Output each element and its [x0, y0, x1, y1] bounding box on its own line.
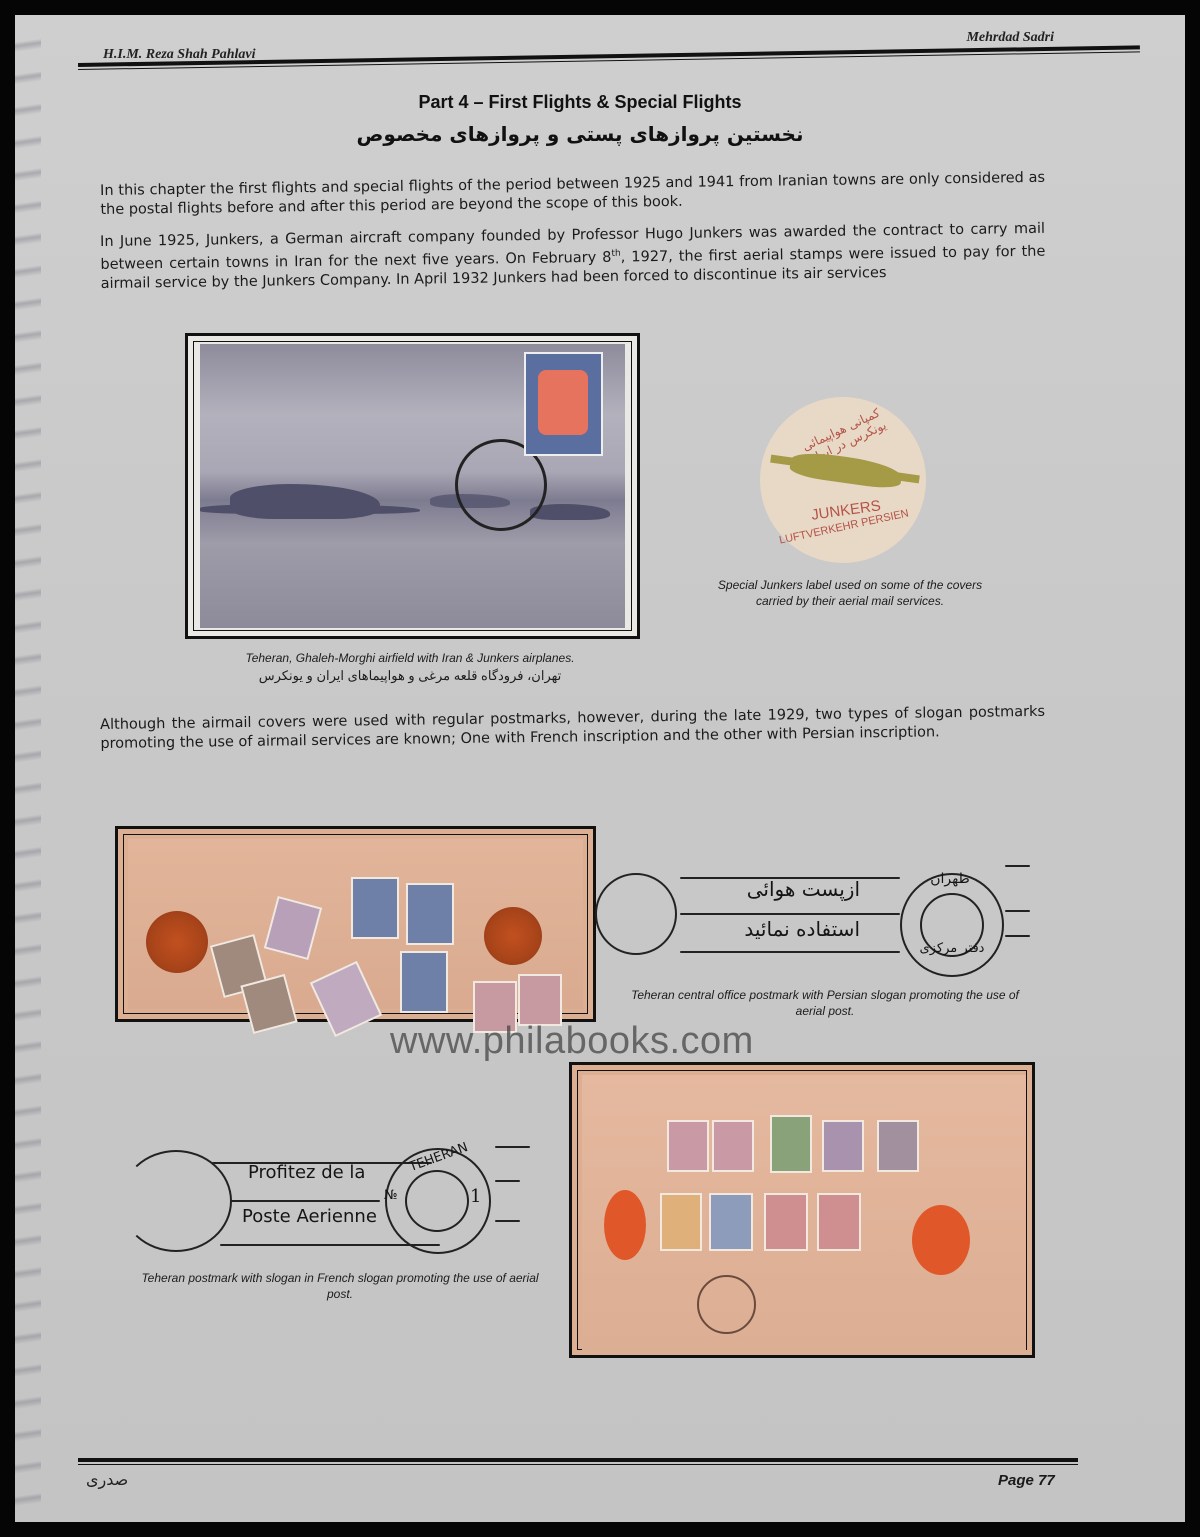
slogan-line — [495, 1180, 520, 1182]
slogan-line — [680, 913, 900, 915]
slogan-line — [495, 1220, 520, 1222]
stamp-image — [351, 877, 399, 939]
stamp-image — [822, 1120, 864, 1172]
slogan-line — [230, 1200, 380, 1202]
postmark-circle — [120, 1150, 232, 1252]
stamp-image — [709, 1193, 753, 1251]
postmark-number-prefix: № — [384, 1188, 398, 1203]
airfield-caption: Teheran, Ghaleh-Morghi airfield with Ira… — [190, 650, 630, 666]
stamp-image — [524, 352, 603, 456]
postmark-circle — [595, 873, 677, 955]
wax-seal — [146, 911, 208, 973]
slogan-line — [220, 1244, 440, 1246]
stamp-image — [667, 1120, 709, 1172]
running-header-right: Mehrdad Sadri — [966, 30, 1054, 46]
airmail-cover-persian-slogan — [115, 826, 596, 1022]
stamp-image — [712, 1120, 754, 1172]
stamp-image — [817, 1193, 861, 1251]
wax-seal — [604, 1190, 646, 1260]
spiral-binding — [15, 20, 41, 1520]
stamp-image — [877, 1120, 919, 1172]
persian-slogan-line1: ازپست هوائی — [710, 877, 860, 901]
slogan-line — [1005, 935, 1030, 937]
french-slogan-line2: Poste Aerienne — [242, 1206, 377, 1227]
chapter-title-persian: نخستین پروازهای پستی و پروازهای مخصوص — [330, 122, 830, 146]
junkers-label-caption: Special Junkers label used on some of th… — [700, 577, 1000, 609]
junkers-label-image: کمپانی هواپیمائی یونکرس در ایران JUNKERS… — [760, 397, 926, 563]
stamp-image — [400, 951, 448, 1013]
stamp-image — [406, 883, 454, 945]
airmail-cover-french-slogan — [569, 1062, 1035, 1358]
postmark-city: طهران — [920, 871, 980, 887]
slogan-line — [680, 951, 900, 953]
persian-postmark-caption: Teheran central office postmark with Per… — [620, 987, 1030, 1019]
stamp-image — [764, 1193, 808, 1251]
postmark-number: 1 — [470, 1186, 481, 1207]
slogan-line — [1005, 910, 1030, 912]
wax-seal — [912, 1205, 970, 1275]
airplane-icon — [530, 504, 610, 520]
french-slogan-postmark: Profitez de la Poste Aerienne TEHERAN № … — [150, 1140, 530, 1260]
watermark: www.philabooks.com — [390, 1020, 754, 1063]
receiving-postmark — [697, 1275, 756, 1334]
stamp-image — [770, 1115, 812, 1173]
stamp-image — [518, 974, 562, 1026]
wax-seal — [484, 907, 542, 965]
footer-rule — [78, 1458, 1078, 1465]
persian-slogan-postmark: ازپست هوائی استفاده نمائید طهران دفتر مر… — [620, 855, 1030, 970]
persian-slogan-line2: استفاده نمائید — [710, 917, 860, 941]
postmark-office: دفتر مرکزی — [912, 941, 992, 956]
french-slogan-line1: Profitez de la — [248, 1162, 365, 1183]
slogan-line — [1005, 865, 1030, 867]
airplane-wing — [200, 504, 420, 514]
postmark-inner-circle — [405, 1170, 469, 1232]
french-postmark-caption: Teheran postmark with slogan in French s… — [140, 1270, 540, 1302]
author-signature-logo: صدری — [86, 1470, 128, 1489]
stamp-image — [660, 1193, 702, 1251]
airfield-postcard-image — [185, 333, 640, 639]
stamp-image — [264, 896, 322, 960]
chapter-title: Part 4 – First Flights & Special Flights — [330, 92, 830, 113]
airfield-caption-persian: تهران، فرودگاه قلعه مرغی و هواپیماهای ای… — [190, 668, 630, 684]
airplane-icon — [789, 449, 904, 490]
page-number: Page 77 — [998, 1472, 1055, 1489]
slogan-line — [495, 1146, 530, 1148]
